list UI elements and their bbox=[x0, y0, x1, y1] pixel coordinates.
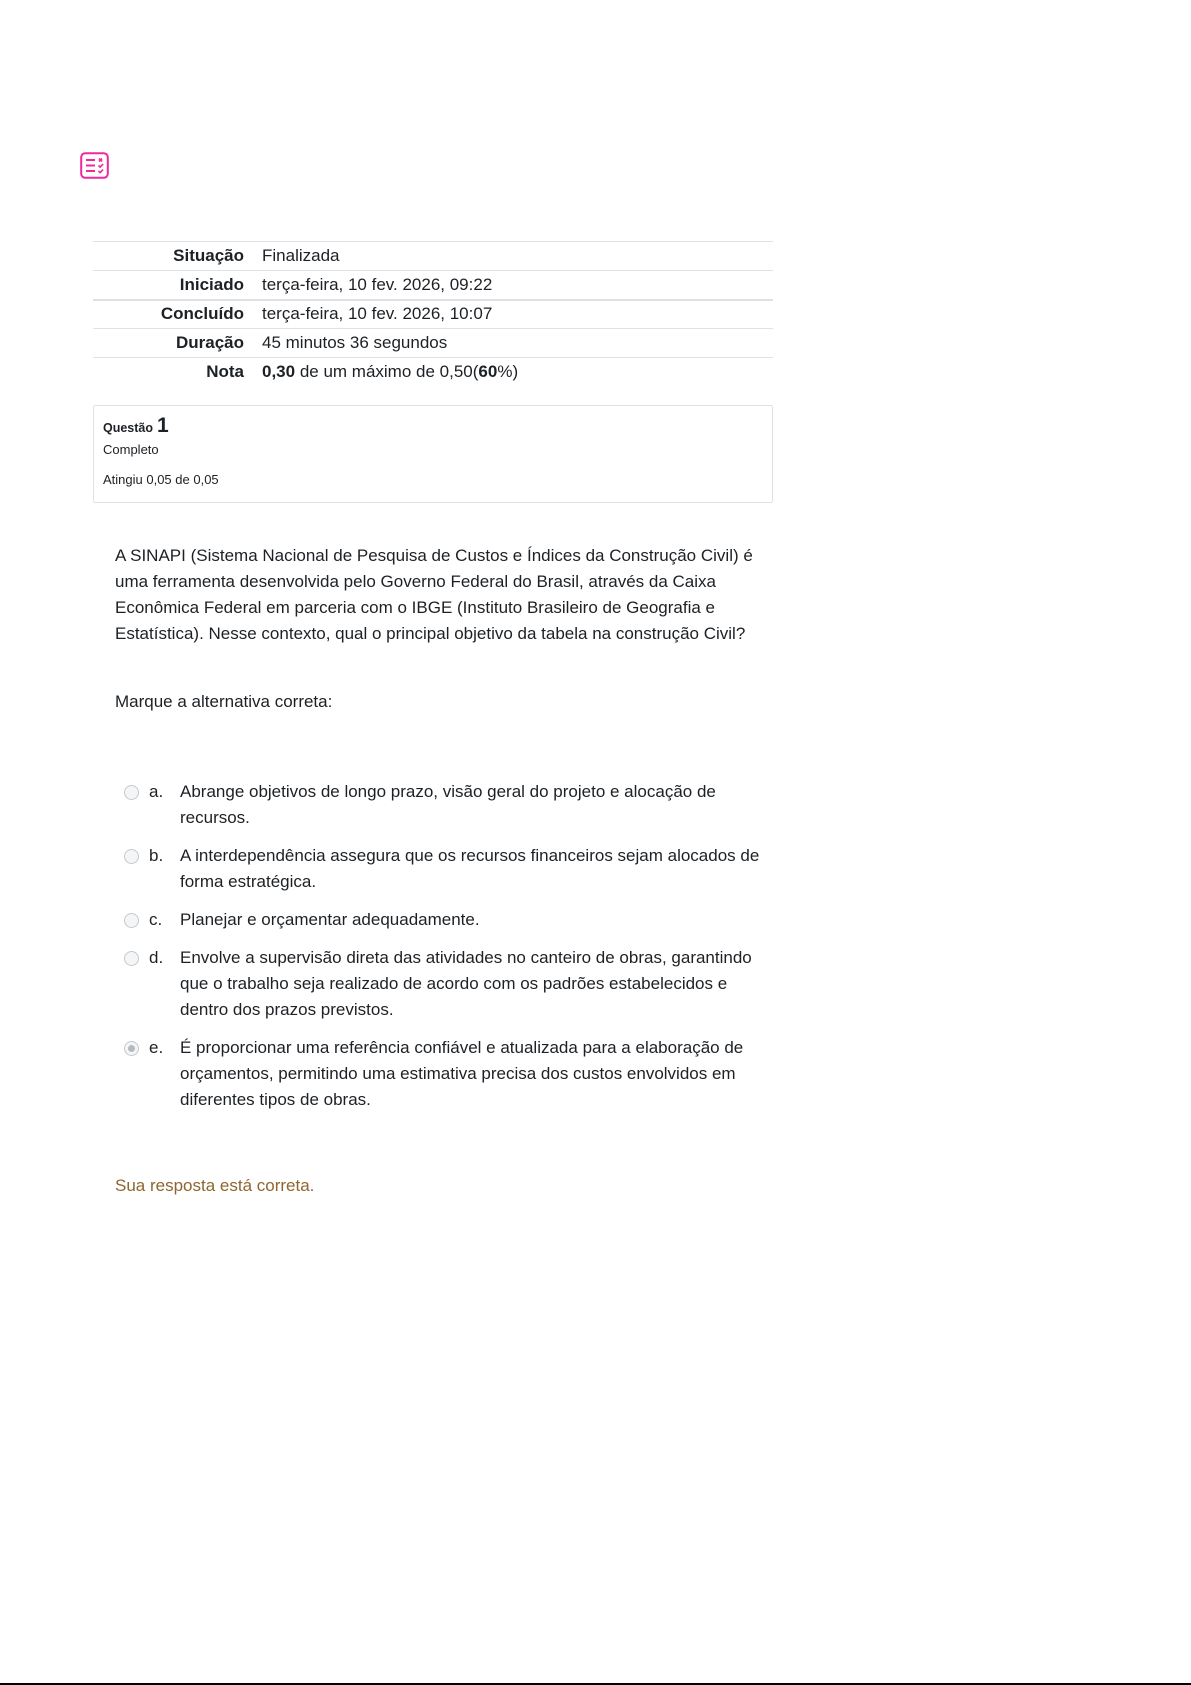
option-letter: d. bbox=[149, 945, 180, 971]
question-text: A SINAPI (Sistema Nacional de Pesquisa d… bbox=[115, 543, 755, 647]
option-a[interactable]: a. Abrange objetivos de longo prazo, vis… bbox=[124, 779, 764, 831]
question-num: 1 bbox=[157, 414, 169, 438]
summary-value: Finalizada bbox=[261, 242, 773, 271]
option-d[interactable]: d. Envolve a supervisão direta das ativi… bbox=[124, 945, 764, 1023]
summary-value: terça-feira, 10 fev. 2026, 09:22 bbox=[261, 271, 773, 300]
summary-label: Iniciado bbox=[93, 271, 261, 300]
summary-row-iniciado: Iniciado terça-feira, 10 fev. 2026, 09:2… bbox=[93, 271, 773, 300]
grade-value: 0,30 de um máximo de 0,50(60%) bbox=[261, 358, 773, 387]
option-text: É proporcionar uma referência confiável … bbox=[180, 1035, 764, 1113]
summary-label: Duração bbox=[93, 329, 261, 358]
summary-row-nota: Nota 0,30 de um máximo de 0,50(60%) bbox=[93, 358, 773, 387]
summary-label: Nota bbox=[93, 358, 261, 387]
option-letter: c. bbox=[149, 907, 180, 933]
grade-suffix: %) bbox=[497, 362, 518, 381]
radio-button[interactable] bbox=[124, 951, 139, 966]
grade-percent: 60 bbox=[478, 362, 497, 381]
summary-label: Situação bbox=[93, 242, 261, 271]
option-c[interactable]: c. Planejar e orçamentar adequadamente. bbox=[124, 907, 764, 933]
grade-middle: de um máximo de 0,50( bbox=[295, 362, 478, 381]
option-b[interactable]: b. A interdependência assegura que os re… bbox=[124, 843, 764, 895]
option-text: Abrange objetivos de longo prazo, visão … bbox=[180, 779, 764, 831]
radio-button[interactable] bbox=[124, 849, 139, 864]
question-info-box: Questão 1 Completo Atingiu 0,05 de 0,05 bbox=[93, 405, 773, 503]
summary-row-situacao: Situação Finalizada bbox=[93, 242, 773, 271]
question-state: Completo bbox=[103, 442, 763, 464]
summary-value: terça-feira, 10 fev. 2026, 10:07 bbox=[261, 300, 773, 329]
grade-score: 0,30 bbox=[262, 362, 295, 381]
summary-label: Concluído bbox=[93, 300, 261, 329]
radio-button[interactable] bbox=[124, 913, 139, 928]
question-label: Questão bbox=[103, 421, 153, 435]
option-e[interactable]: e. É proporcionar uma referência confiáv… bbox=[124, 1035, 764, 1113]
option-letter: a. bbox=[149, 779, 180, 805]
option-text: A interdependência assegura que os recur… bbox=[180, 843, 764, 895]
answer-options: a. Abrange objetivos de longo prazo, vis… bbox=[124, 779, 764, 1125]
summary-value: 45 minutos 36 segundos bbox=[261, 329, 773, 358]
question-prompt: Marque a alternativa correta: bbox=[115, 689, 332, 715]
option-letter: b. bbox=[149, 843, 180, 869]
option-text: Planejar e orçamentar adequadamente. bbox=[180, 907, 764, 933]
question-mark: Atingiu 0,05 de 0,05 bbox=[103, 472, 763, 487]
option-text: Envolve a supervisão direta das atividad… bbox=[180, 945, 764, 1023]
question-number: Questão 1 bbox=[103, 414, 763, 436]
attempt-summary-table: Situação Finalizada Iniciado terça-feira… bbox=[93, 241, 773, 387]
radio-button-selected[interactable] bbox=[124, 1041, 139, 1056]
summary-row-concluido: Concluído terça-feira, 10 fev. 2026, 10:… bbox=[93, 300, 773, 329]
quiz-checklist-icon bbox=[80, 152, 109, 179]
radio-button[interactable] bbox=[124, 785, 139, 800]
summary-row-duracao: Duração 45 minutos 36 segundos bbox=[93, 329, 773, 358]
option-letter: e. bbox=[149, 1035, 180, 1061]
answer-feedback: Sua resposta está correta. bbox=[115, 1176, 314, 1196]
